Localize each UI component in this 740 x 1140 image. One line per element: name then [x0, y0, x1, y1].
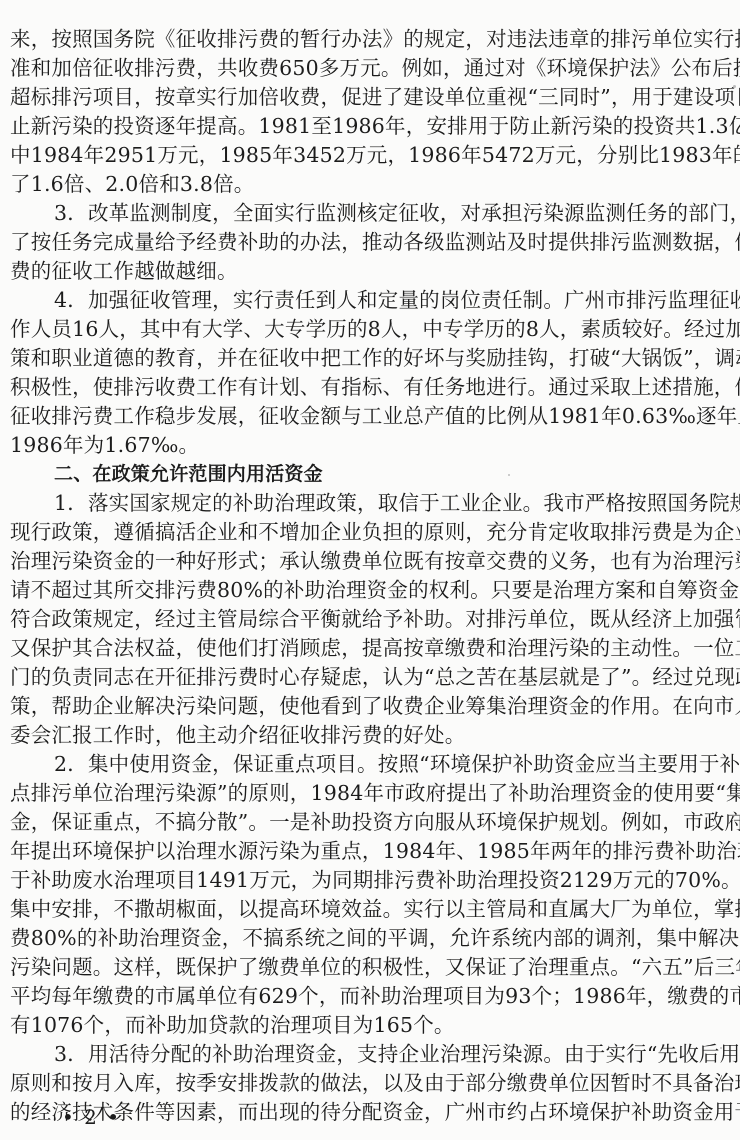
- scan-speck: [508, 474, 510, 476]
- text-line: 3．用活待分配的补助治理资金，支持企业治理污染源。由于实行“先收后用”的: [10, 1040, 716, 1069]
- page-number: • 2 •: [62, 1103, 121, 1131]
- text-line: 4．加强征收管理，实行责任到人和定量的岗位责任制。广州市排污监理征收科工: [10, 286, 716, 315]
- text-line: 3．改革监测制度，全面实行监测核定征收，对承担污染源监测任务的部门，采取: [10, 199, 716, 228]
- text-line: 请不超过其所交排污费80%的补助治理资金的权利。只要是治理方案和自筹资金落实，: [10, 576, 716, 605]
- text-line: 来，按照国务院《征收排污费的暂行办法》的规定，对违法违章的排污单位实行提高收标: [10, 25, 716, 54]
- section-heading: 二、在政策允许范围内用活资金: [10, 460, 716, 489]
- text-line: 了按任务完成量给予经费补助的办法，推动各级监测站及时提供排污监测数据，使排污: [10, 228, 716, 257]
- scan-speck: [720, 1047, 722, 1049]
- text-line: 费的征收工作越做越细。: [10, 257, 716, 286]
- text-line: 1．落实国家规定的补助治理政策，取信于工业企业。我市严格按照国务院规定的: [10, 489, 716, 518]
- text-line: 平均每年缴费的市属单位有629个，而补助治理项目为93个；1986年，缴费的市属…: [10, 982, 716, 1011]
- text-line: 了1.6倍、2.0倍和3.8倍。: [10, 170, 716, 199]
- text-line: 治理污染资金的一种好形式；承认缴费单位既有按章交费的义务，也有为治理污染而申: [10, 547, 716, 576]
- text-line: 中1984年2951万元，1985年3452万元，1986年5472万元，分别比…: [10, 141, 716, 170]
- text-line: 现行政策，遵循搞活企业和不增加企业负担的原则，充分肯定收取排污费是为企业筹集: [10, 518, 716, 547]
- scan-speck: [733, 85, 736, 88]
- document-page: 来，按照国务院《征收排污费的暂行办法》的规定，对违法违章的排污单位实行提高收标 …: [10, 25, 716, 1127]
- text-line: 有1076个，而补助加贷款的治理项目为165个。: [10, 1011, 716, 1040]
- text-line: 1986年为1.67‰。: [10, 431, 716, 460]
- text-line: 积极性，使排污收费工作有计划、有指标、有任务地进行。通过采取上述措施，使我市: [10, 373, 716, 402]
- text-line: 策，帮助企业解决污染问题，使他看到了收费企业筹集治理资金的作用。在向市人大常: [10, 692, 716, 721]
- paragraph-section2-item-1: 1．落实国家规定的补助治理政策，取信于工业企业。我市严格按照国务院规定的 现行政…: [10, 489, 716, 750]
- text-line: 委会汇报工作时，他主动介绍征收排污费的好处。: [10, 721, 716, 750]
- paragraph-section2-item-2: 2．集中使用资金，保证重点项目。按照“环境保护补助资金应当主要用于补助重 点排污…: [10, 750, 716, 1040]
- text-line: 费80%的补助治理资金，不搞系统之间的平调，允许系统内部的调剂，集中解决突出的: [10, 924, 716, 953]
- text-line: 污染问题。这样，既保护了缴费单位的积极性，又保证了治理重点。“六五”后三年，: [10, 953, 716, 982]
- text-line: 又保护其合法权益，使他们打消顾虑，提高按章缴费和治理污染的主动性。一位工业部: [10, 634, 716, 663]
- paragraph-item-4: 4．加强征收管理，实行责任到人和定量的岗位责任制。广州市排污监理征收科工 作人员…: [10, 286, 716, 460]
- text-line: 点排污单位治理污染源”的原则，1984年市政府提出了补助治理资金的使用要“集中资: [10, 779, 716, 808]
- text-line: 征收排污费工作稳步发展，征收金额与工业总产值的比例从1981年0.63‰逐年上升…: [10, 402, 716, 431]
- text-line: 策和职业道德的教育，并在征收中把工作的好坏与奖励挂钩，打破“大锅饭”，调动了: [10, 344, 716, 373]
- text-line: 止新污染的投资逐年提高。1981至1986年，安排用于防止新污染的投资共1.3亿…: [10, 112, 716, 141]
- text-line: 金，保证重点，不搞分散”。一是补助投资方向服从环境保护规划。例如，市政府1984: [10, 808, 716, 837]
- text-line: 于补助废水治理项目1491万元，为同期排污费补助治理投资2129万元的70%。二…: [10, 866, 716, 895]
- text-line: 超标排污项目，按章实行加倍收费，促进了建设单位重视“三同时”，用于建设项目防: [10, 83, 716, 112]
- text-line: 门的负责同志在开征排污费时心存疑虑，认为“总之苦在基层就是了”。经过兑现政: [10, 663, 716, 692]
- text-line: 原则和按月入库，按季安排拨款的做法，以及由于部分缴费单位因暂时不具备治理污染: [10, 1069, 716, 1098]
- paragraph-item-3: 3．改革监测制度，全面实行监测核定征收，对承担污染源监测任务的部门，采取 了按任…: [10, 199, 716, 286]
- section-heading-text: 二、在政策允许范围内用活资金: [10, 460, 716, 489]
- text-line: 年提出环境保护以治理水源污染为重点，1984年、1985年两年的排污费补助治理资…: [10, 837, 716, 866]
- text-line: 集中安排，不撒胡椒面，以提高环境效益。实行以主管局和直属大厂为单位，掌握排污: [10, 895, 716, 924]
- text-line: 作人员16人，其中有大学、大专学历的8人，中专学历的8人，素质较好。经过加强政: [10, 315, 716, 344]
- text-line: 准和加倍征收排污费，共收费650多万元。例如，通过对《环境保护法》公布后投产的: [10, 54, 716, 83]
- text-line: 符合政策规定，经过主管局综合平衡就给予补助。对排污单位，既从经济上加强管理，: [10, 605, 716, 634]
- paragraph-continued: 来，按照国务院《征收排污费的暂行办法》的规定，对违法违章的排污单位实行提高收标 …: [10, 25, 716, 199]
- text-line: 2．集中使用资金，保证重点项目。按照“环境保护补助资金应当主要用于补助重: [10, 750, 716, 779]
